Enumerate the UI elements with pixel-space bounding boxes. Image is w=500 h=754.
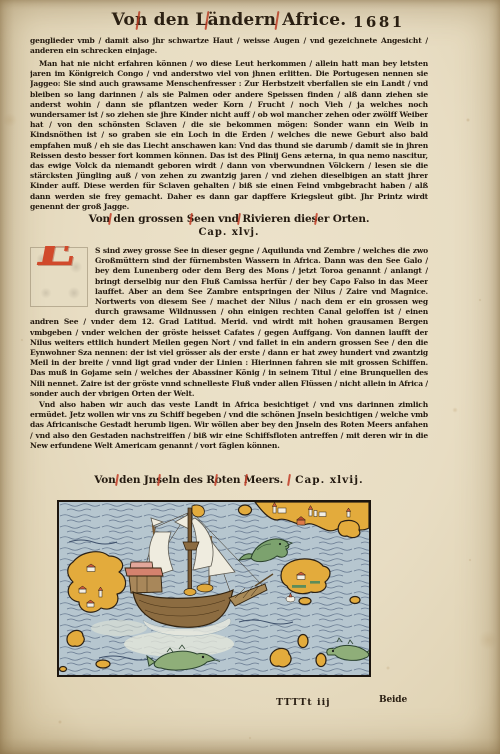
chapter-label-ch46: Cap. xlvj. [30,227,428,238]
heading-ch47-text: Von den Jnseln des Roten Meers. [94,474,283,486]
yellow-banner [192,505,204,517]
catchword: Beide [379,695,407,705]
chapter-label-ch47: Cap. xlvij. [295,474,364,486]
paragraph-fragment: genglieder vmb / damit also jhr schwartz… [30,36,428,57]
paragraph-ch46-text: S sind zwey grosse See in dieser gegne /… [30,246,428,398]
signature-mark: TTTTt iij [276,697,331,708]
woodcut-illustration [57,500,371,677]
paragraph-closing: Vnd also haben wir auch das veste Landt … [30,400,428,453]
section-heading-ch47: Von den Jnseln des Roten Meers.Cap. xlvi… [30,474,428,486]
paragraph-ch46: ES sind zwey grosse See in dieser gegne … [30,246,428,398]
woodcut-svg [59,502,369,675]
ornamental-initial: E [30,247,88,307]
book-page: Von den Ländern Africe. 1681 genglieder … [0,0,500,754]
section-heading-ch46: Von den grossen Seen vnd Rivieren dieser… [30,213,428,225]
deck-cargo [184,589,196,596]
crows-nest [183,542,199,550]
deck-cargo [197,584,213,592]
page-number: 1681 [353,13,405,31]
initial-letter: E [38,246,78,253]
paragraph-jagga: Man hat nie nicht erfahren können / wo d… [30,59,428,212]
